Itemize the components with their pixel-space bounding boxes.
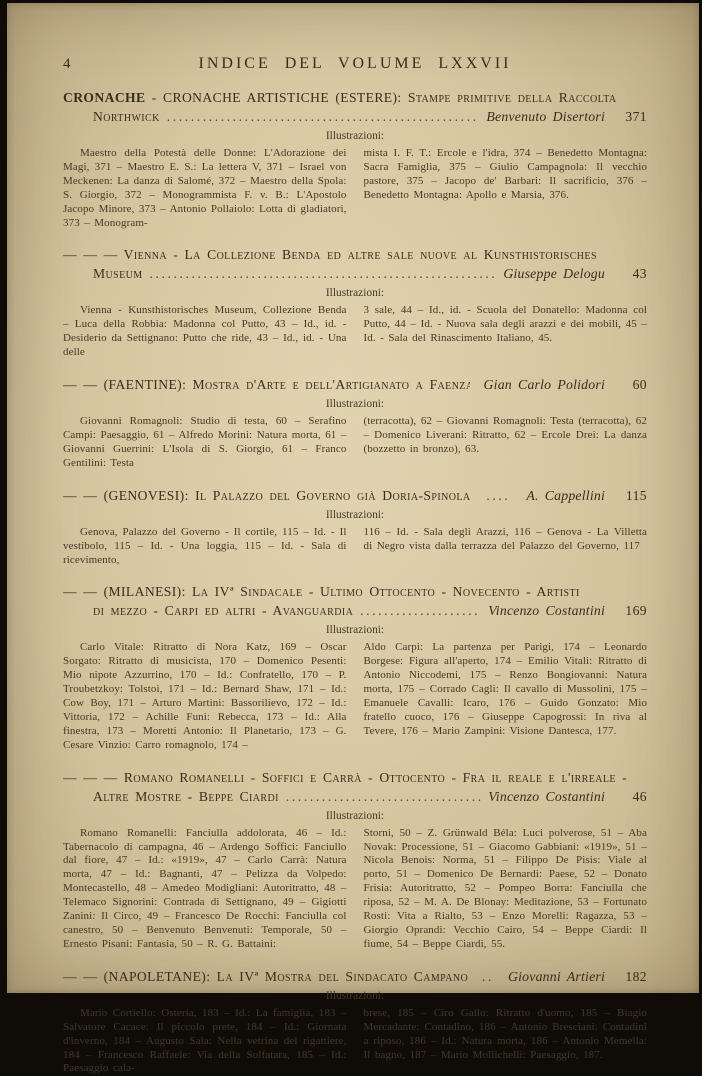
entry-page-ref: 371 [617,107,647,126]
entry-heading-text: — — (GENOVESI): Il Palazzo del Governo g… [63,486,470,505]
entry-author: Giovanni Artieri [508,967,605,986]
entry-page-ref: 182 [617,967,647,986]
entry-heading-text: CRONACHE - CRONACHE ARTISTICHE (ESTERE):… [63,88,617,107]
entry-heading-continuation: di mezzo - Carpi ed altri - Avanguardia [93,601,353,620]
column-left: Carlo Vitale: Ritratto di Nora Katz, 169… [63,641,347,752]
index-entry-napoletane: — — (NAPOLETANE): La IVª Mostra del Sind… [63,967,647,1000]
entry-heading-line1: — — (FAENTINE): Mostra d'Arte e dell'Art… [63,375,647,394]
entry-author: Benvenuto Disertori [486,107,605,126]
column-right: Storni, 50 – Z. Grünwald Béla: Luci polv… [364,827,648,952]
illustrations-label: Illustrazioni: [63,397,647,412]
dot-leader: ........................................… [286,787,481,806]
illustrations-columns: Carlo Vitale: Ritratto di Nora Katz, 169… [63,641,647,752]
entry-page-ref: 46 [617,787,647,806]
index-entry-genovesi: — — (GENOVESI): Il Palazzo del Governo g… [63,486,647,568]
entry-heading-line2: di mezzo - Carpi ed altri - Avanguardia … [93,601,647,620]
illustrations-label: Illustrazioni: [63,286,647,301]
illustrations-label: Illustrazioni: [63,129,647,144]
column-right: 3 sale, 44 – Id., id. - Scuola del Donat… [364,304,648,360]
entry-heading-line2: Northwick ..............................… [93,107,647,126]
index-entry-romanelli: — — — Romano Romanelli - Soffici e Carrà… [63,768,647,952]
index-entry-faentine: — — (FAENTINE): Mostra d'Arte e dell'Art… [63,375,647,471]
illustrations-columns: Maestro della Potestà delle Donne: L'Ado… [63,147,647,230]
column-left: Genova, Palazzo del Governo - Il cortile… [63,526,347,568]
entry-heading-text: — — (FAENTINE): Mostra d'Arte e dell'Art… [63,375,470,394]
page-number: 4 [63,56,103,73]
entry-heading-line1: — — (MILANESI): La IVª Sindacale - Ultim… [63,582,647,601]
illustrations-columns: Giovanni Romagnoli: Studio di testa, 60 … [63,415,647,471]
entry-page-ref: 169 [617,601,647,620]
illustrations-columns: Genova, Palazzo del Governo - Il cortile… [63,526,647,568]
entry-heading-rest: - CRONACHE ARTISTICHE (ESTERE): Stampe p… [146,90,617,105]
dot-leader: .. [475,967,501,986]
illustrations-label: Illustrazioni: [63,623,647,638]
dot-leader: ........................................… [167,107,480,126]
illustrations-label: Illustrazioni: [63,989,647,1000]
illustrations-label: Illustrazioni: [63,809,647,824]
index-entry-vienna: — — — Vienna - La Collezione Benda ed al… [63,245,647,360]
entry-heading-line1: — — (GENOVESI): Il Palazzo del Governo g… [63,486,647,505]
page-title: INDICE DEL VOLUME LXXVII [103,55,607,73]
dot-leader: ........................................… [360,601,481,620]
dot-leader: .... [477,486,519,505]
column-left: Romano Romanelli: Fanciulla addolorata, … [63,827,347,952]
column-left: Giovanni Romagnoli: Studio di testa, 60 … [63,415,347,471]
entry-heading-continuation: Northwick [93,107,160,126]
index-entry-milanesi: — — (MILANESI): La IVª Sindacale - Ultim… [63,582,647,752]
entry-heading-text: — — — Romano Romanelli - Soffici e Carrà… [63,768,627,787]
entry-page-ref: 115 [617,486,647,505]
entry-heading-bold: CRONACHE [63,90,146,105]
entry-heading-line2: Museum .................................… [93,264,647,283]
illustrations-columns: Vienna - Kunsthistorisches Museum, Colle… [63,304,647,360]
entry-heading-continuation: Museum [93,264,143,283]
column-left: Vienna - Kunsthistorisches Museum, Colle… [63,304,347,360]
entry-heading-text: — — (NAPOLETANE): La IVª Mostra del Sind… [63,967,468,986]
column-right: 116 – Id. - Sala degli Arazzi, 116 – Gen… [364,526,648,568]
illustrations-label: Illustrazioni: [63,508,647,523]
entry-author: Gian Carlo Polidori [484,375,606,394]
column-right: (terracotta), 62 – Giovanni Romagnoli: T… [364,415,648,471]
entry-heading-line1: — — — Romano Romanelli - Soffici e Carrà… [63,768,647,787]
entry-heading-line1: CRONACHE - CRONACHE ARTISTICHE (ESTERE):… [63,88,647,107]
entry-heading-text: — — — Vienna - La Collezione Benda ed al… [63,245,597,264]
illustrations-columns: Romano Romanelli: Fanciulla addolorata, … [63,827,647,952]
entry-heading-continuation: Altre Mostre - Beppe Ciardi [93,787,279,806]
entry-heading-line1: — — (NAPOLETANE): La IVª Mostra del Sind… [63,967,647,986]
entry-page-ref: 60 [617,375,647,394]
page-header: 4 INDICE DEL VOLUME LXXVII [63,55,647,73]
entry-heading-text: — — (MILANESI): La IVª Sindacale - Ultim… [63,582,580,601]
entry-heading-line2: Altre Mostre - Beppe Ciardi ............… [93,787,647,806]
entry-author: Vincenzo Costantini [488,601,605,620]
entry-author: A. Cappellini [526,486,605,505]
column-right: Aldo Carpi: La partenza per Parigi, 174 … [364,641,648,752]
entry-heading-line1: — — — Vienna - La Collezione Benda ed al… [63,245,647,264]
dot-leader: ........................................… [150,264,497,283]
column-left: Maestro della Potestà delle Donne: L'Ado… [63,147,347,230]
entry-page-ref: 43 [617,264,647,283]
column-right: mista I. F. T.: Ercole e l'idra, 374 – B… [364,147,648,230]
entry-author: Vincenzo Costantini [488,787,605,806]
index-entry-cronache: CRONACHE - CRONACHE ARTISTICHE (ESTERE):… [63,88,647,230]
scanned-index-page: 4 INDICE DEL VOLUME LXXVII CRONACHE - CR… [7,3,699,993]
entry-author: Giuseppe Delogu [503,264,605,283]
